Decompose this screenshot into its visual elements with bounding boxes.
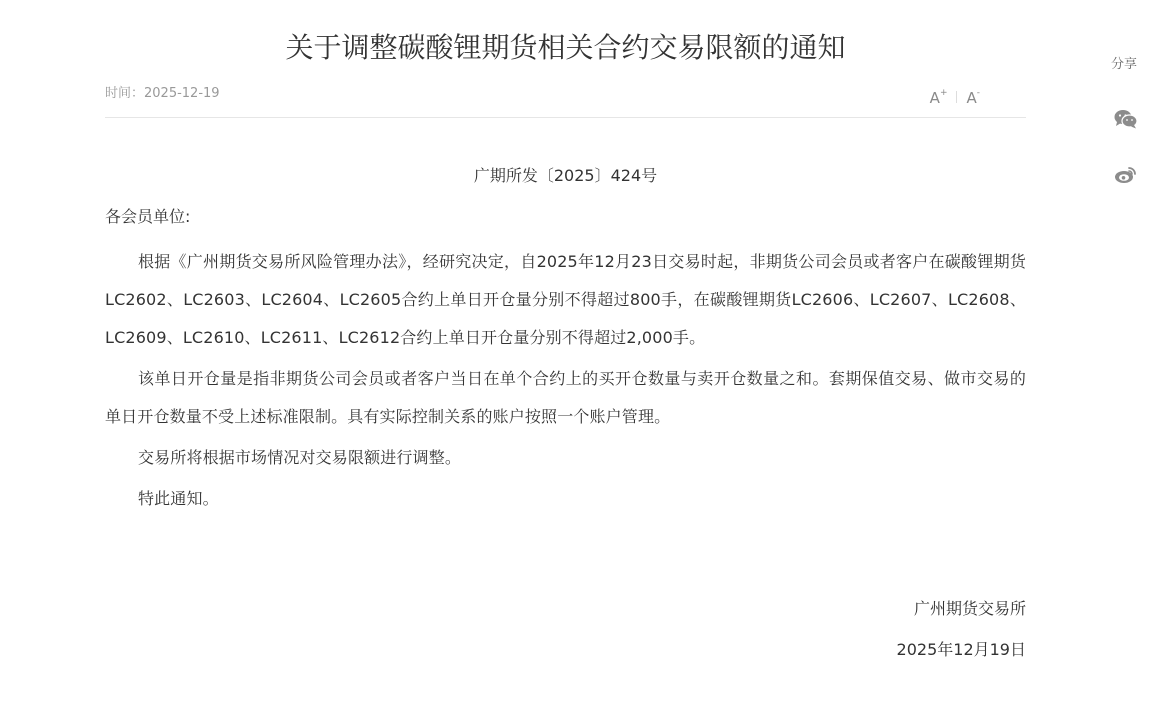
page-title: 关于调整碳酸锂期货相关合约交易限额的通知 [105,30,1026,66]
font-size-tools: A+ A- [930,86,980,107]
weibo-icon[interactable] [1114,164,1138,184]
share-panel: 分享 [1100,55,1150,184]
issue-date: 2025年12月19日 [726,638,1026,679]
font-decrease-button[interactable]: A- [966,86,980,107]
share-label: 分享 [1098,55,1150,75]
paragraph: 该单日开仓量是指非期货公司会员或者客户当日在单个合约上的买开仓数量与卖开仓数量之… [105,360,1026,436]
notice-page: 关于调整碳酸锂期货相关合约交易限额的通知 时间：2025-12-19 A+ A-… [0,0,1150,702]
divider [956,91,957,103]
article-body: 各会员单位: 根据《广州期货交易所风险管理办法》，经研究决定，自2025年12月… [105,205,1026,521]
wechat-icon[interactable] [1114,109,1138,129]
issuer-name: 广州期货交易所 [726,597,1026,638]
font-decrease-label: A [966,89,976,107]
article-meta: 时间：2025-12-19 A+ A- [105,84,1026,118]
paragraph: 根据《广州期货交易所风险管理办法》，经研究决定，自2025年12月23日交易时起… [105,243,1026,357]
publish-time: 时间：2025-12-19 [105,85,220,103]
plus-icon: + [940,88,948,98]
minus-icon: - [977,88,980,98]
document-number: 广期所发〔2025〕424号 [105,165,1026,187]
signature-block: 广州期货交易所 2025年12月19日 [726,597,1026,679]
font-increase-label: A [930,89,940,107]
font-increase-button[interactable]: A+ [930,86,948,107]
paragraph: 特此通知。 [105,480,1026,518]
salutation: 各会员单位: [105,205,1026,229]
paragraph: 交易所将根据市场情况对交易限额进行调整。 [105,439,1026,477]
